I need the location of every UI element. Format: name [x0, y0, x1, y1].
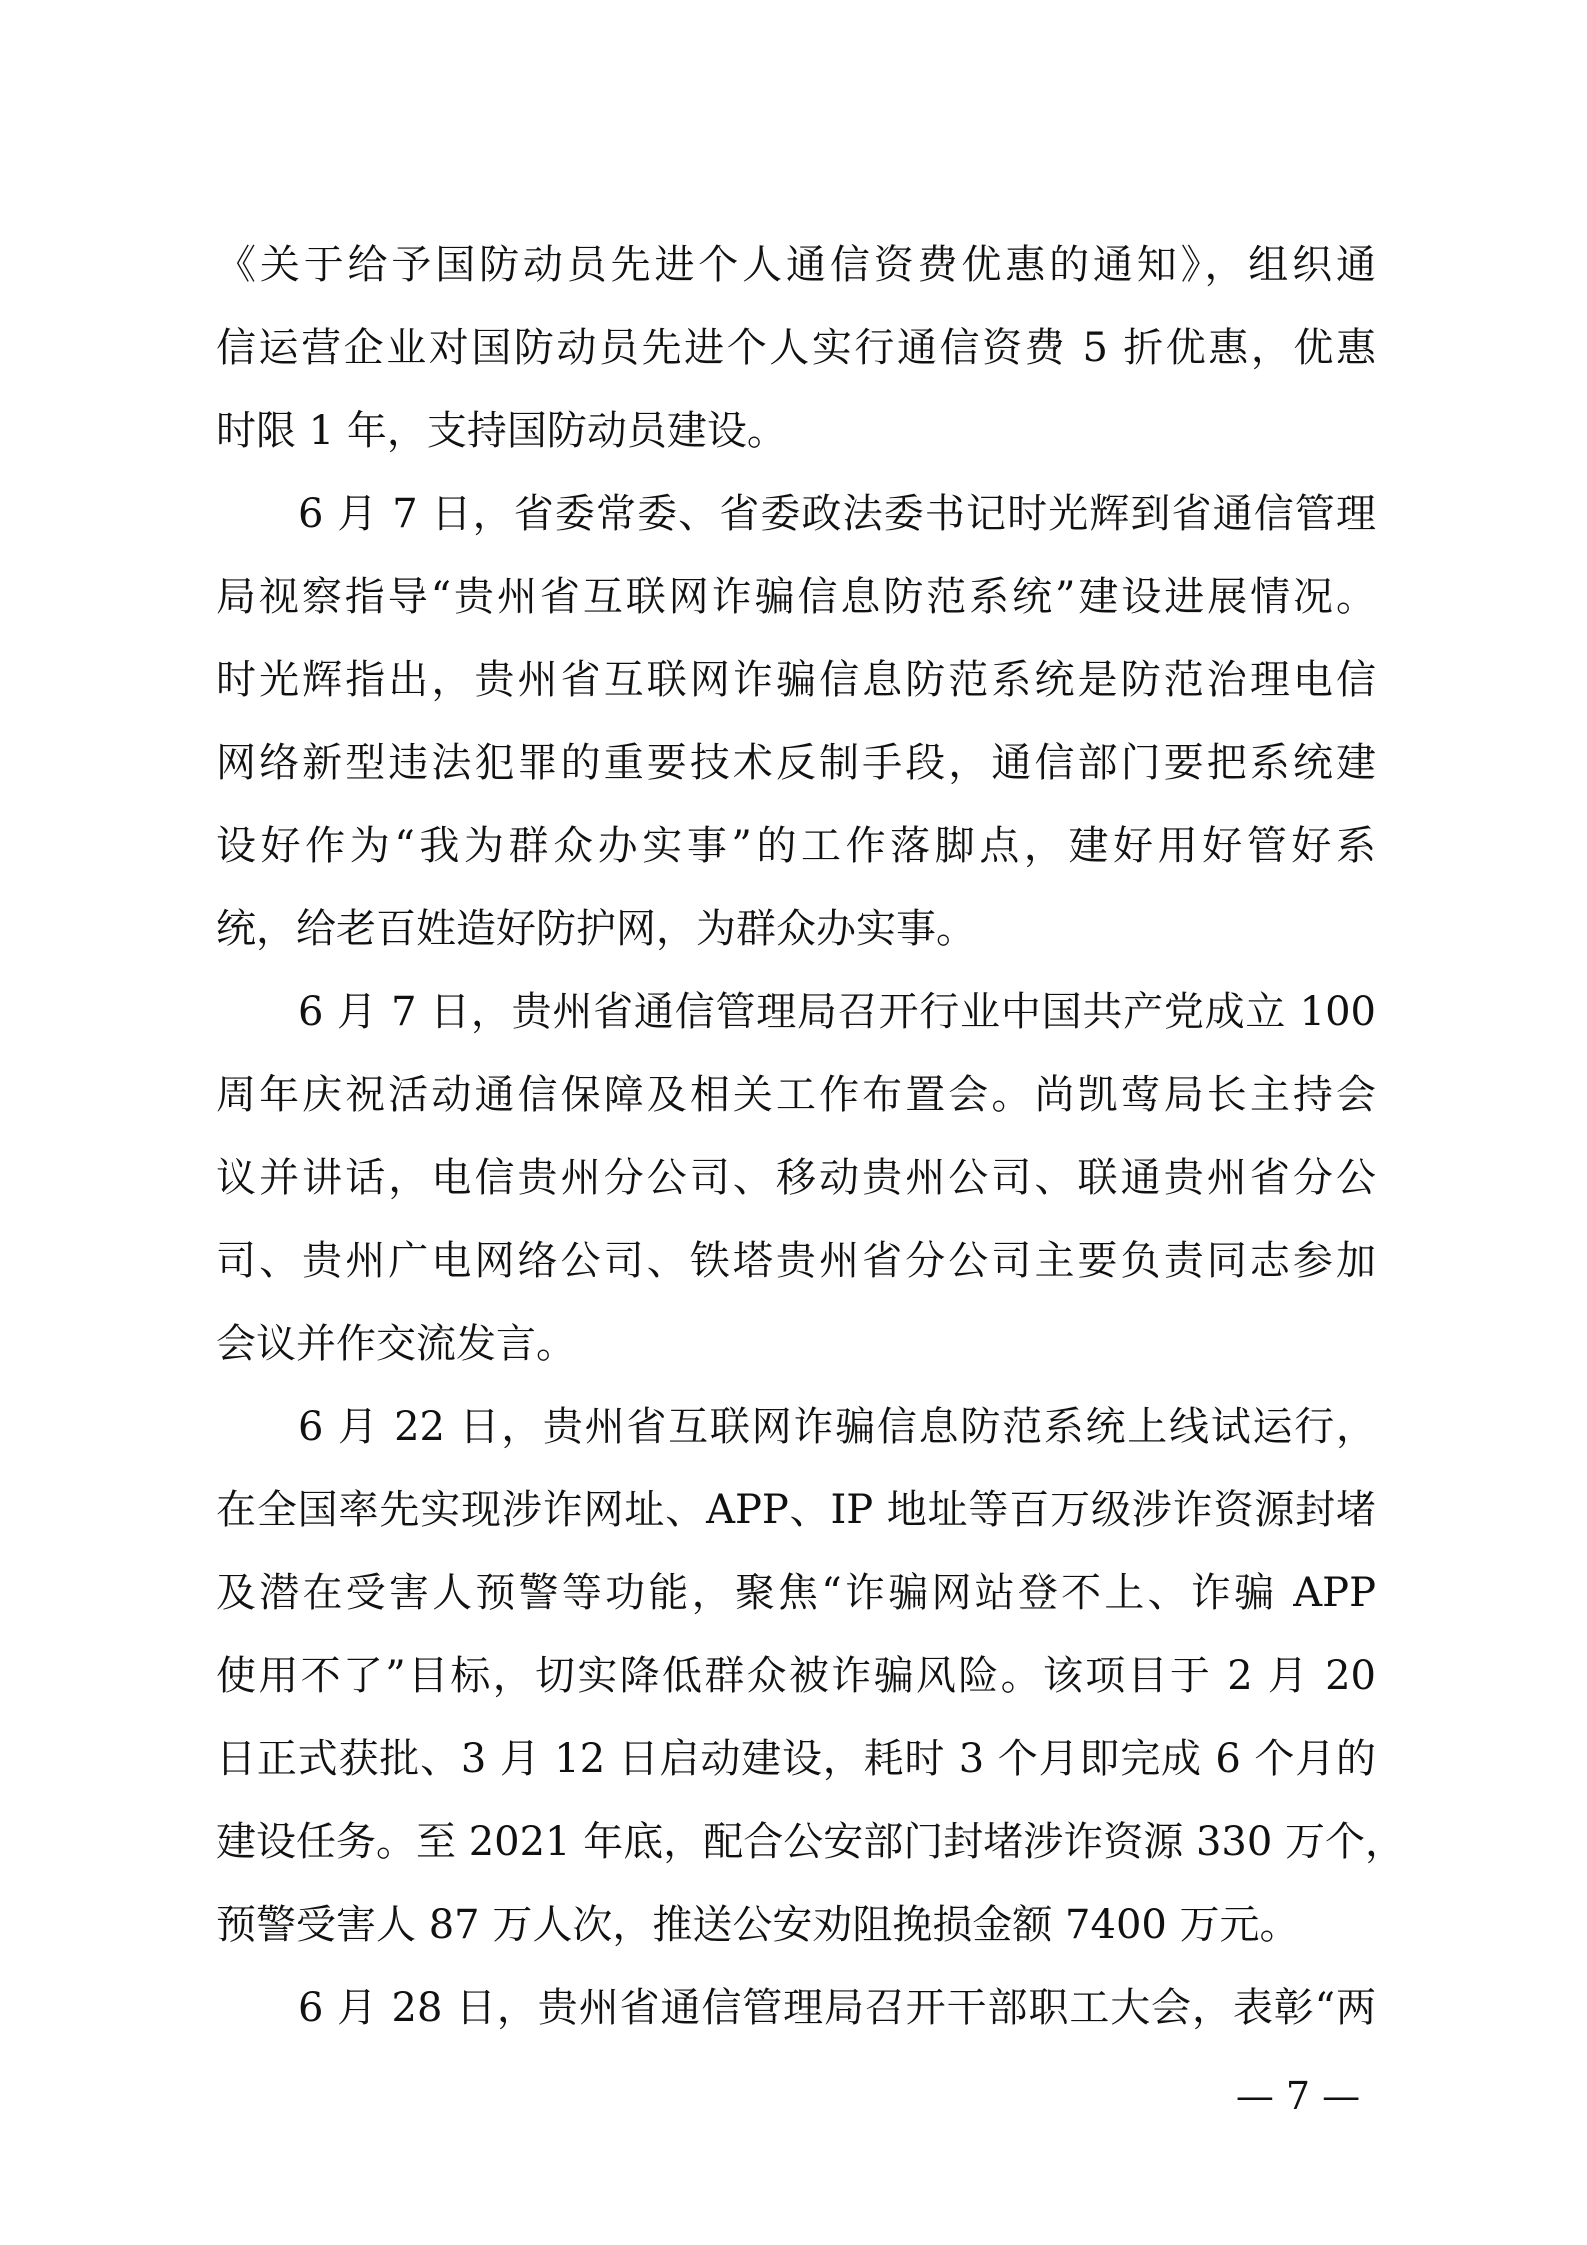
paragraph-2-line-5: 设好作为“我为群众办实事”的工作落脚点，建好用好管好系: [216, 816, 1376, 876]
paragraph-4-line-6: 建设任务。至 2021 年底，配合公安部门封堵涉诈资源 330 万个，: [216, 1812, 1376, 1872]
paragraph-2-line-1: 6 月 7 日，省委常委、省委政法委书记时光辉到省通信管理: [298, 484, 1376, 544]
paragraph-2-line-2: 局视察指导“贵州省互联网诈骗信息防范系统”建设进展情况。: [216, 567, 1376, 627]
paragraph-1-line-1: 《关于给予国防动员先进个人通信资费优惠的通知》，组织通: [216, 235, 1376, 295]
page-number: — 7 —: [1228, 2066, 1368, 2126]
paragraph-4-line-5: 日正式获批、3 月 12 日启动建设，耗时 3 个月即完成 6 个月的: [216, 1729, 1376, 1789]
document-page: 《关于给予国防动员先进个人通信资费优惠的通知》，组织通 信运营企业对国防动员先进…: [0, 0, 1587, 2245]
paragraph-4-line-2: 在全国率先实现涉诈网址、APP、IP 地址等百万级涉诈资源封堵: [216, 1480, 1376, 1540]
paragraph-2-line-6: 统，给老百姓造好防护网，为群众办实事。: [216, 899, 1376, 959]
paragraph-3-line-5: 会议并作交流发言。: [216, 1314, 1376, 1374]
paragraph-3-line-2: 周年庆祝活动通信保障及相关工作布置会。尚凯莺局长主持会: [216, 1065, 1376, 1125]
paragraph-4-line-4: 使用不了”目标，切实降低群众被诈骗风险。该项目于 2 月 20: [216, 1646, 1376, 1706]
paragraph-2-line-3: 时光辉指出，贵州省互联网诈骗信息防范系统是防范治理电信: [216, 650, 1376, 710]
paragraph-3-line-4: 司、贵州广电网络公司、铁塔贵州省分公司主要负责同志参加: [216, 1231, 1376, 1291]
paragraph-4-line-3: 及潜在受害人预警等功能，聚焦“诈骗网站登不上、诈骗 APP: [216, 1563, 1376, 1623]
paragraph-3-line-3: 议并讲话，电信贵州分公司、移动贵州公司、联通贵州省分公: [216, 1148, 1376, 1208]
paragraph-2-line-4: 网络新型违法犯罪的重要技术反制手段，通信部门要把系统建: [216, 733, 1376, 793]
paragraph-4-line-7: 预警受害人 87 万人次，推送公安劝阻挽损金额 7400 万元。: [216, 1895, 1376, 1955]
paragraph-3-line-1: 6 月 7 日，贵州省通信管理局召开行业中国共产党成立 100: [298, 982, 1376, 1042]
paragraph-1-line-2: 信运营企业对国防动员先进个人实行通信资费 5 折优惠，优惠: [216, 318, 1376, 378]
paragraph-5-line-1: 6 月 28 日，贵州省通信管理局召开干部职工大会，表彰“两: [298, 1978, 1376, 2038]
paragraph-4-line-1: 6 月 22 日，贵州省互联网诈骗信息防范系统上线试运行，: [298, 1397, 1376, 1457]
paragraph-1-line-3: 时限 1 年，支持国防动员建设。: [216, 401, 1376, 461]
